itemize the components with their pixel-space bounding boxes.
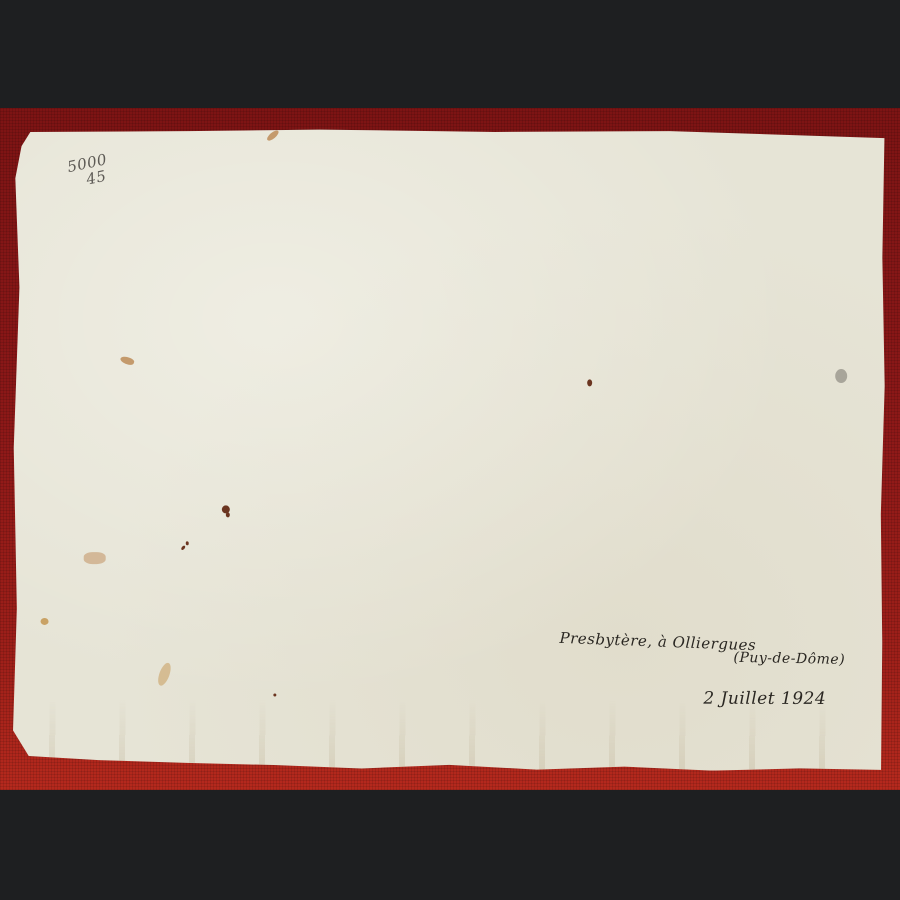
inscription-date: 2 Juillet 1924 (703, 689, 826, 709)
stain-spot (119, 355, 135, 366)
stain-spot (273, 694, 276, 697)
stain-spot (41, 618, 49, 625)
paper-sheet: 5000 45 Presbytère, à Olliergues (Puy-de… (11, 127, 889, 771)
pencil-inventory-note: 5000 45 (66, 151, 112, 191)
top-dark-bar (0, 0, 900, 108)
stain-spot (266, 129, 281, 143)
inscription-line2: (Puy-de-Dôme) (733, 650, 845, 668)
inscription-line1: Presbytère, à Olliergues (559, 629, 756, 654)
stain-spot (587, 379, 592, 386)
stain-spot (835, 369, 847, 383)
bottom-dark-bar (0, 790, 900, 900)
stain-spot (156, 661, 174, 687)
water-stains (11, 699, 887, 771)
stain-spot (186, 541, 189, 545)
stain-spot (84, 552, 106, 564)
stain-spot (226, 512, 230, 517)
stain-spot (180, 545, 186, 551)
